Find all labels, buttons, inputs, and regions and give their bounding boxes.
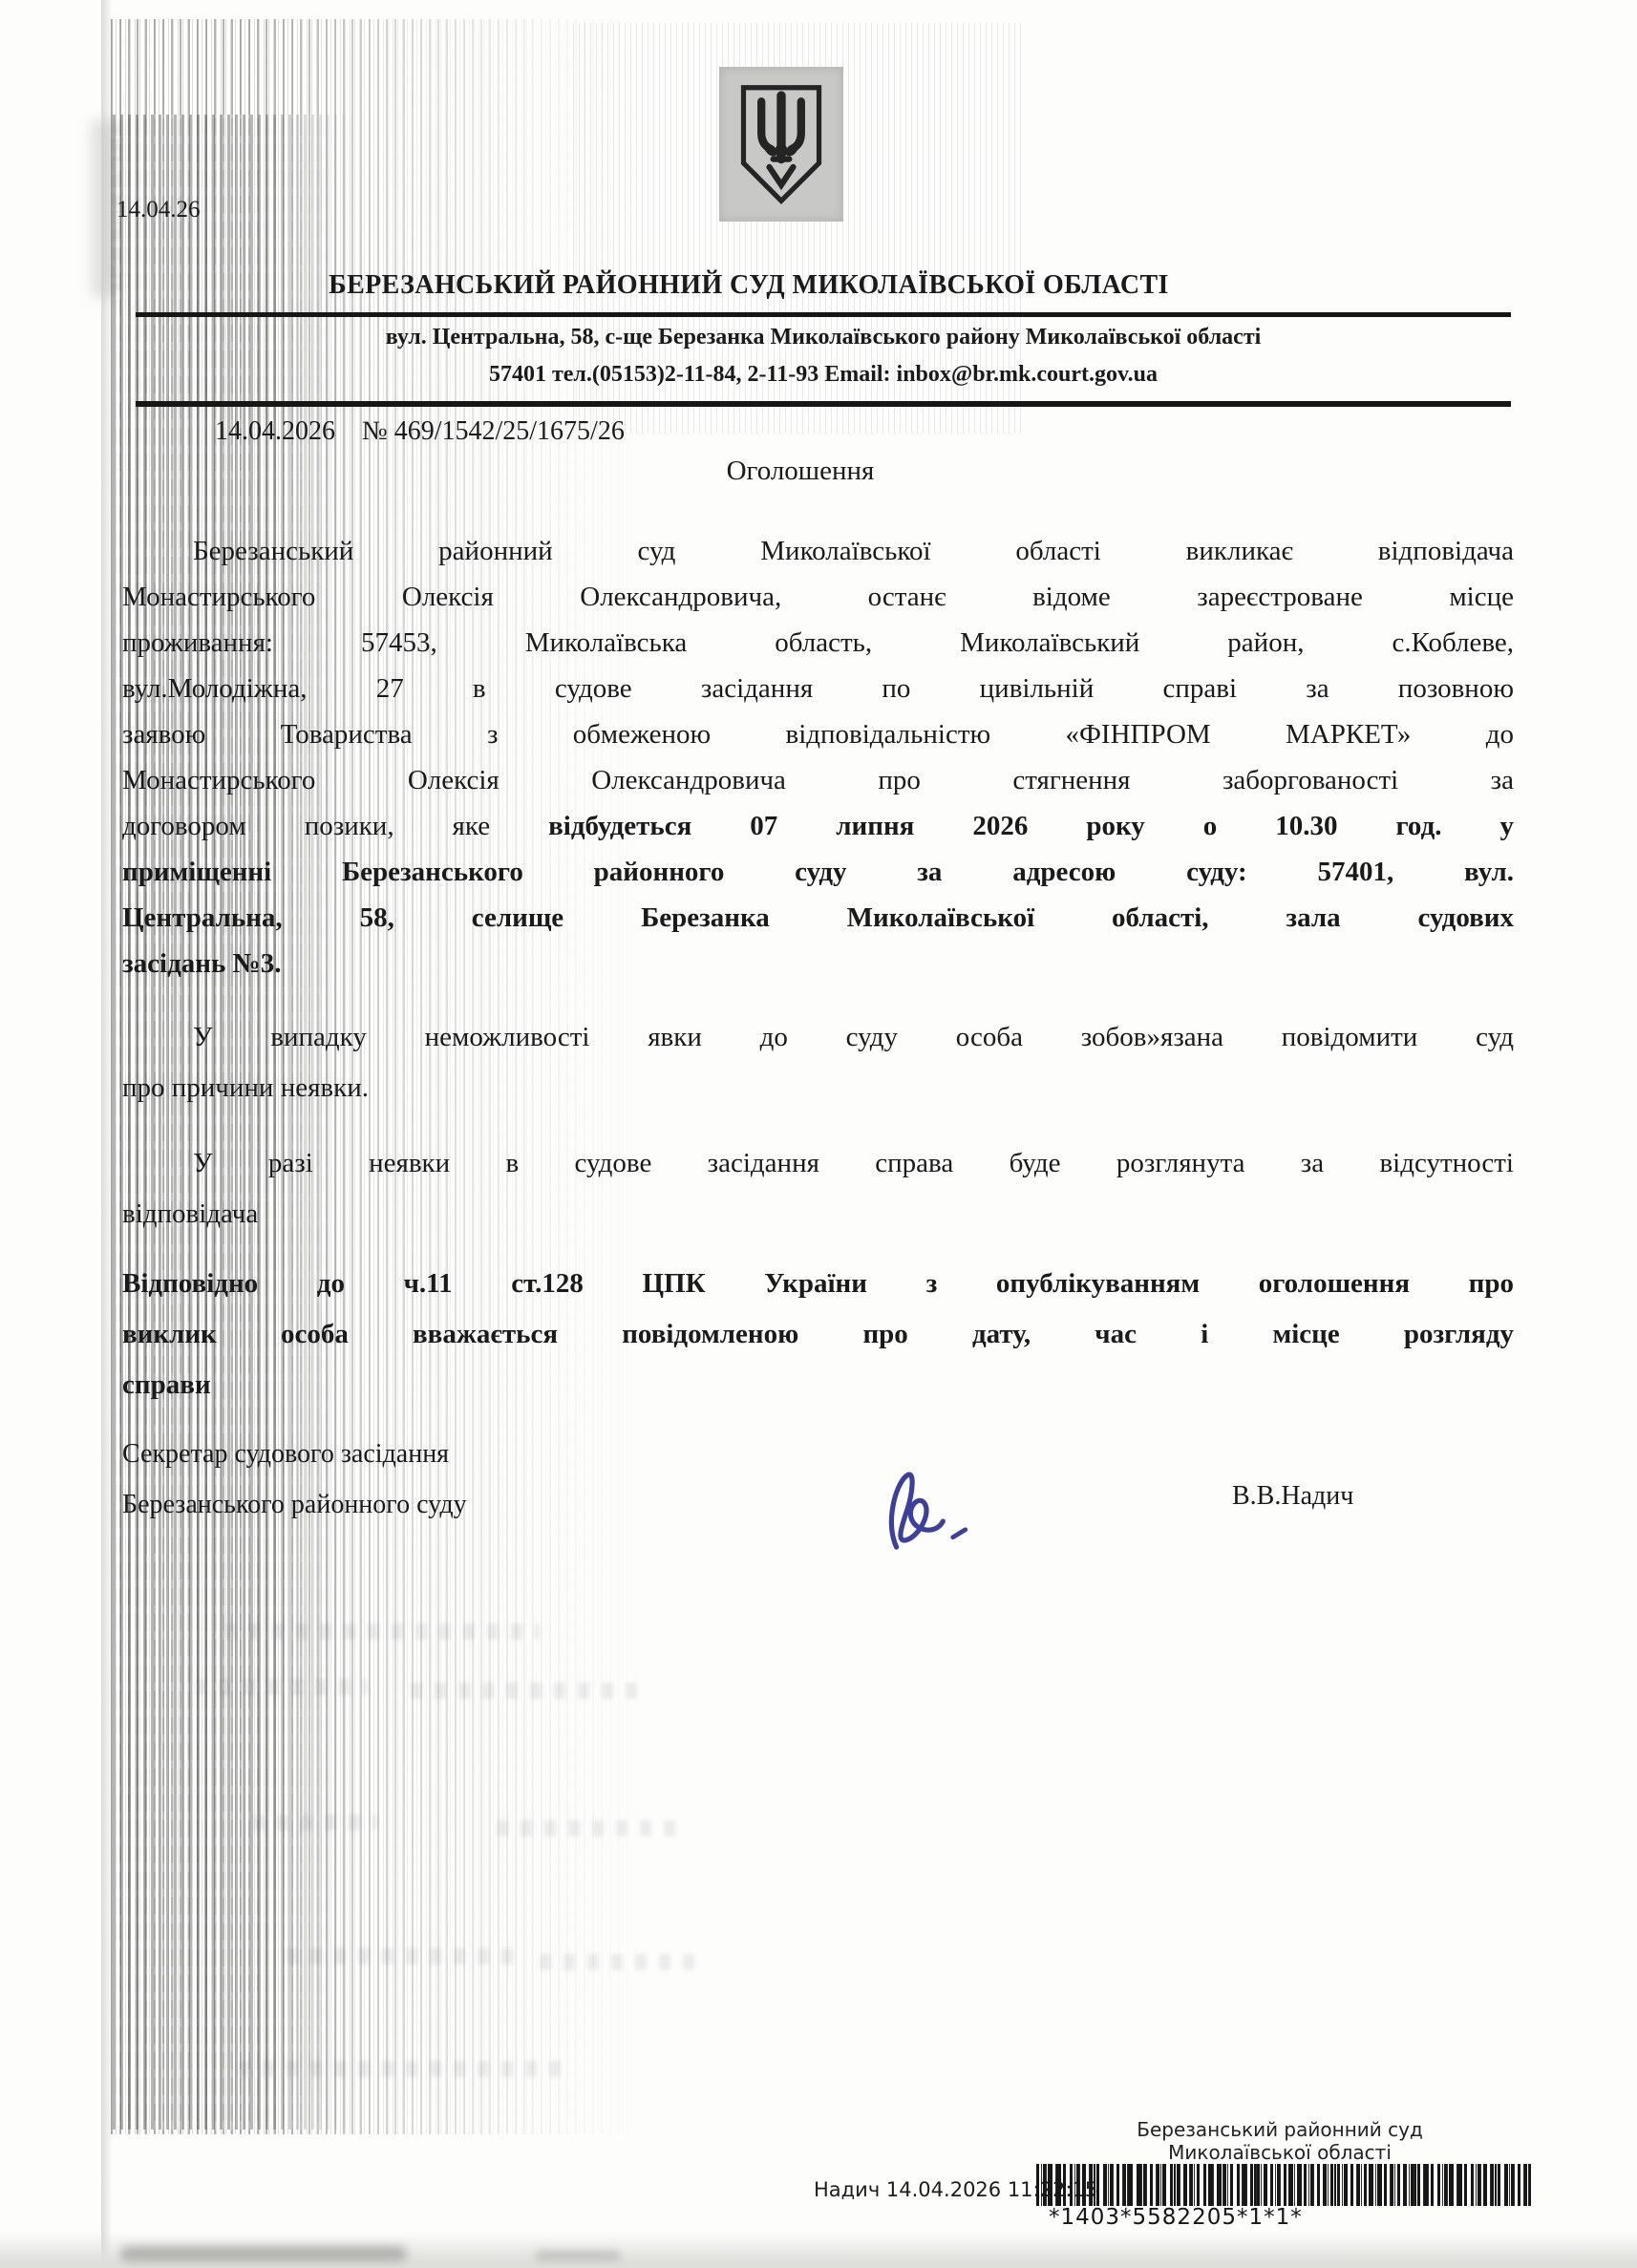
scanner-noise <box>535 2250 621 2261</box>
bleed-through-noise <box>287 1948 525 1964</box>
signer-role: Секретар судового засідання Березанськог… <box>122 1429 733 1530</box>
barcode-court-line: Миколаївської області <box>1089 2141 1471 2164</box>
bleed-through-noise <box>196 1679 368 1695</box>
divider-line <box>136 401 1511 407</box>
barcode-court-label: Березанський районний суд Миколаївської … <box>1089 2118 1471 2164</box>
bleed-through-noise <box>540 1954 702 1970</box>
handwritten-signature <box>858 1450 985 1564</box>
body-line: про причини неявки. <box>122 1063 1514 1113</box>
body-line: Відповідно до ч.11 ст.128 ЦПК України з … <box>122 1259 1514 1309</box>
signer-role-line: Секретар судового засідання <box>122 1429 733 1479</box>
bleed-through-noise <box>253 1814 377 1831</box>
document-date: 14.04.2026 <box>215 416 335 446</box>
scanner-noise <box>120 2246 407 2261</box>
bleed-through-noise <box>239 2061 563 2077</box>
hearing-date-bold: відбудеться 07 липня 2026 року о 10.30 г… <box>548 811 1514 841</box>
body-line: Монастирського Олексія Олександровича, о… <box>122 574 1514 620</box>
body-line: договором позики, яке відбудеться 07 лип… <box>122 803 1514 849</box>
bleed-through-noise <box>497 1820 688 1836</box>
document-meta: 14.04.2026№ 469/1542/25/1675/26 <box>215 416 651 447</box>
legal-basis-paragraph: Відповідно до ч.11 ст.128 ЦПК України з … <box>122 1259 1514 1410</box>
body-line: У випадку неможливості явки до суду особ… <box>122 1012 1514 1063</box>
court-address-line: вул. Центральна, 58, с-ще Березанка Мико… <box>136 325 1511 350</box>
body-line: відповідача <box>122 1189 1514 1240</box>
document-title: Оголошення <box>122 456 1478 487</box>
body-line: вул.Молодіжна, 27 в судове засідання по … <box>122 666 1514 711</box>
court-name-heading: БЕРЕЗАНСЬКИЙ РАЙОННИЙ СУД МИКОЛАЇВСЬКОЇ … <box>136 270 1362 301</box>
received-date-stamp: 14.04.26 <box>117 197 201 223</box>
body-line: приміщенні Березанського районного суду … <box>122 849 1514 895</box>
summons-paragraph: Березанський районний суд Миколаївської … <box>122 528 1514 986</box>
document-barcode <box>1036 2164 1531 2206</box>
body-line: Монастирського Олексія Олександровича пр… <box>122 757 1514 803</box>
signer-name: В.В.Надич <box>1232 1481 1353 1512</box>
scanned-court-document: 14.04.26 БЕРЕЗАНСЬКИЙ РАЙОННИЙ СУД МИКОЛ… <box>0 0 1637 2268</box>
body-line: Березанський районний суд Миколаївської … <box>122 528 1514 574</box>
divider-line <box>136 312 1511 317</box>
signer-role-line: Березанського районного суду <box>122 1479 733 1530</box>
ukraine-coat-of-arms-icon <box>719 67 843 222</box>
bleed-through-noise <box>224 1623 540 1640</box>
body-line: проживання: 57453, Миколаївська область,… <box>122 620 1514 666</box>
absence-consequence-paragraph: У разі неявки в судове засідання справа … <box>122 1138 1514 1240</box>
barcode-court-line: Березанський районний суд <box>1089 2118 1471 2141</box>
case-number: № 469/1542/25/1675/26 <box>362 416 625 446</box>
body-line: засідань №3. <box>122 941 1514 986</box>
body-line: заявою Товариства з обмеженою відповідал… <box>122 711 1514 757</box>
body-line: виклик особа вважається повідомленою про… <box>122 1309 1514 1360</box>
body-line: справи <box>122 1360 1514 1410</box>
court-contact-line: 57401 тел.(05153)2-11-84, 2-11-93 Email:… <box>136 362 1511 388</box>
no-show-notice-paragraph: У випадку неможливості явки до суду особ… <box>122 1012 1514 1113</box>
barcode-number: *1403*5582205*1*1* <box>1049 2205 1303 2230</box>
bleed-through-noise <box>411 1683 649 1699</box>
body-line: Центральна, 58, селище Березанка Миколаї… <box>122 895 1514 941</box>
body-line: У разі неявки в судове засідання справа … <box>122 1138 1514 1189</box>
